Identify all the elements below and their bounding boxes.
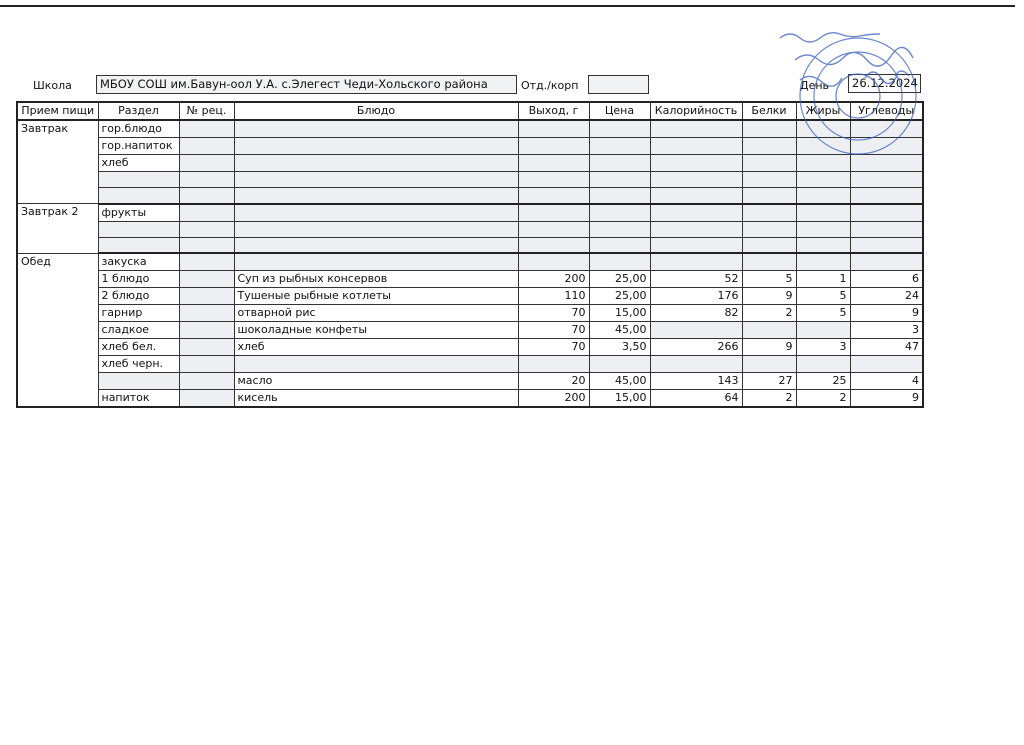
- section-cell[interactable]: [98, 172, 179, 188]
- table-row: [17, 221, 923, 237]
- section-cell[interactable]: [98, 373, 179, 390]
- dept-field[interactable]: [588, 75, 649, 94]
- dish-cell[interactable]: [234, 155, 518, 172]
- fat-cell[interactable]: 25: [796, 373, 850, 390]
- dish-cell[interactable]: [234, 237, 518, 253]
- dish-cell[interactable]: [234, 120, 518, 138]
- price-cell[interactable]: 45,00: [589, 322, 650, 339]
- price-cell[interactable]: [589, 172, 650, 188]
- section-cell[interactable]: [98, 221, 179, 237]
- fat-column-header: Жиры: [796, 102, 850, 120]
- section-cell[interactable]: гор.напиток: [98, 138, 179, 155]
- kcal-cell[interactable]: 143: [650, 373, 742, 390]
- section-cell[interactable]: хлеб бел.: [98, 339, 179, 356]
- kcal-cell[interactable]: [650, 120, 742, 138]
- dish-cell[interactable]: [234, 188, 518, 204]
- recipe-cell[interactable]: [179, 221, 234, 237]
- fat-cell[interactable]: [796, 237, 850, 253]
- price-cell[interactable]: [589, 138, 650, 155]
- yield-cell[interactable]: 20: [518, 373, 589, 390]
- section-cell[interactable]: хлеб: [98, 155, 179, 172]
- yield-cell[interactable]: [518, 356, 589, 373]
- table-row: гарниротварной рис7015,0082259: [17, 305, 923, 322]
- price-column-header: Цена: [589, 102, 650, 120]
- page-top-border: [0, 5, 1015, 7]
- carbs-cell[interactable]: [850, 120, 923, 138]
- dept-label: Отд./корп: [521, 79, 578, 92]
- price-cell[interactable]: [589, 221, 650, 237]
- table-row: хлеб черн.: [17, 356, 923, 373]
- protein-cell[interactable]: 2: [742, 390, 796, 408]
- table-row: Завтракгор.блюдо: [17, 120, 923, 138]
- kcal-cell[interactable]: [650, 322, 742, 339]
- fat-cell[interactable]: [796, 188, 850, 204]
- protein-cell[interactable]: [742, 253, 796, 271]
- dish-cell[interactable]: [234, 356, 518, 373]
- protein-cell[interactable]: 9: [742, 288, 796, 305]
- section-cell[interactable]: фрукты: [98, 204, 179, 222]
- table-row: 1 блюдоСуп из рыбных консервов20025,0052…: [17, 271, 923, 288]
- yield-cell[interactable]: 70: [518, 305, 589, 322]
- table-row: [17, 237, 923, 253]
- section-cell[interactable]: 1 блюдо: [98, 271, 179, 288]
- carbs-cell[interactable]: 6: [850, 271, 923, 288]
- protein-cell[interactable]: [742, 237, 796, 253]
- yield-cell[interactable]: [518, 253, 589, 271]
- dish-cell[interactable]: [234, 172, 518, 188]
- kcal-column-header: Калорийность: [650, 102, 742, 120]
- recipe-cell[interactable]: [179, 390, 234, 408]
- yield-cell[interactable]: 200: [518, 271, 589, 288]
- price-cell[interactable]: 15,00: [589, 390, 650, 408]
- recipe-cell[interactable]: [179, 204, 234, 222]
- fat-cell[interactable]: [796, 221, 850, 237]
- carbs-cell[interactable]: [850, 188, 923, 204]
- section-cell[interactable]: [98, 188, 179, 204]
- dish-cell[interactable]: Суп из рыбных консервов: [234, 271, 518, 288]
- yield-cell[interactable]: [518, 221, 589, 237]
- kcal-cell[interactable]: [650, 221, 742, 237]
- yield-cell[interactable]: 200: [518, 390, 589, 408]
- kcal-cell[interactable]: [650, 155, 742, 172]
- carbs-cell[interactable]: [850, 155, 923, 172]
- dish-cell[interactable]: [234, 221, 518, 237]
- price-cell[interactable]: [589, 155, 650, 172]
- day-label: День: [800, 79, 829, 92]
- table-row: Обедзакуска: [17, 253, 923, 271]
- fat-cell[interactable]: 2: [796, 390, 850, 408]
- carbs-cell[interactable]: 9: [850, 305, 923, 322]
- kcal-cell[interactable]: [650, 237, 742, 253]
- protein-cell[interactable]: [742, 188, 796, 204]
- day-field[interactable]: 26.12.2024: [848, 74, 921, 93]
- recipe-cell[interactable]: [179, 155, 234, 172]
- yield-cell[interactable]: [518, 155, 589, 172]
- kcal-cell[interactable]: [650, 356, 742, 373]
- recipe-cell[interactable]: [179, 172, 234, 188]
- fat-cell[interactable]: [796, 172, 850, 188]
- fat-cell[interactable]: 5: [796, 288, 850, 305]
- carbs-cell[interactable]: [850, 204, 923, 222]
- yield-cell[interactable]: [518, 120, 589, 138]
- section-cell[interactable]: закуска: [98, 253, 179, 271]
- fat-cell[interactable]: [796, 322, 850, 339]
- kcal-cell[interactable]: [650, 172, 742, 188]
- recipe-cell[interactable]: [179, 373, 234, 390]
- price-cell[interactable]: 3,50: [589, 339, 650, 356]
- section-cell[interactable]: гарнир: [98, 305, 179, 322]
- table-row: сладкоешоколадные конфеты7045,003: [17, 322, 923, 339]
- section-cell[interactable]: 2 блюдо: [98, 288, 179, 305]
- price-cell[interactable]: [589, 237, 650, 253]
- recipe-cell[interactable]: [179, 339, 234, 356]
- dish-cell[interactable]: [234, 138, 518, 155]
- price-cell[interactable]: [589, 356, 650, 373]
- section-cell[interactable]: напиток: [98, 390, 179, 408]
- recipe-cell[interactable]: [179, 188, 234, 204]
- fat-cell[interactable]: 1: [796, 271, 850, 288]
- carbs-cell[interactable]: [850, 237, 923, 253]
- yield-cell[interactable]: [518, 138, 589, 155]
- meal-column-header: Прием пищи: [17, 102, 98, 120]
- section-cell[interactable]: сладкое: [98, 322, 179, 339]
- dish-cell[interactable]: отварной рис: [234, 305, 518, 322]
- price-cell[interactable]: [589, 253, 650, 271]
- recipe-cell[interactable]: [179, 253, 234, 271]
- section-cell[interactable]: [98, 237, 179, 253]
- dish-cell[interactable]: кисель: [234, 390, 518, 408]
- protein-cell[interactable]: [742, 172, 796, 188]
- meal-cell[interactable]: Завтрак 2: [17, 204, 98, 254]
- dish-cell[interactable]: [234, 204, 518, 222]
- carbs-cell[interactable]: 3: [850, 322, 923, 339]
- protein-cell[interactable]: 2: [742, 305, 796, 322]
- table-row: [17, 188, 923, 204]
- yield-cell[interactable]: [518, 237, 589, 253]
- protein-cell[interactable]: [742, 120, 796, 138]
- table-row: [17, 172, 923, 188]
- protein-cell[interactable]: [742, 138, 796, 155]
- price-cell[interactable]: 45,00: [589, 373, 650, 390]
- fat-cell[interactable]: [796, 356, 850, 373]
- carbs-cell[interactable]: [850, 253, 923, 271]
- yield-cell[interactable]: [518, 188, 589, 204]
- carbs-cell[interactable]: 4: [850, 373, 923, 390]
- fat-cell[interactable]: [796, 253, 850, 271]
- price-cell[interactable]: [589, 188, 650, 204]
- recipe-cell[interactable]: [179, 288, 234, 305]
- carbs-cell[interactable]: [850, 172, 923, 188]
- recipe-cell[interactable]: [179, 356, 234, 373]
- carbs-cell[interactable]: [850, 356, 923, 373]
- table-row: 2 блюдоТушеные рыбные котлеты11025,00176…: [17, 288, 923, 305]
- menu-table: Прием пищиРаздел№ рец.БлюдоВыход, гЦенаК…: [16, 101, 924, 408]
- carbs-cell[interactable]: 9: [850, 390, 923, 408]
- kcal-cell[interactable]: 64: [650, 390, 742, 408]
- meal-cell[interactable]: Завтрак: [17, 120, 98, 204]
- table-row: Завтрак 2фрукты: [17, 204, 923, 222]
- kcal-cell[interactable]: [650, 204, 742, 222]
- price-cell[interactable]: 15,00: [589, 305, 650, 322]
- protein-cell[interactable]: 27: [742, 373, 796, 390]
- kcal-cell[interactable]: 82: [650, 305, 742, 322]
- section-cell[interactable]: хлеб черн.: [98, 356, 179, 373]
- recipe-cell[interactable]: [179, 322, 234, 339]
- yield-cell[interactable]: 70: [518, 322, 589, 339]
- fat-cell[interactable]: [796, 155, 850, 172]
- carbs-cell[interactable]: 47: [850, 339, 923, 356]
- school-label: Школа: [33, 79, 72, 92]
- yield-column-header: Выход, г: [518, 102, 589, 120]
- kcal-cell[interactable]: [650, 138, 742, 155]
- fat-cell[interactable]: 3: [796, 339, 850, 356]
- price-cell[interactable]: [589, 120, 650, 138]
- dish-cell[interactable]: масло: [234, 373, 518, 390]
- carbs-column-header: Углеводы: [850, 102, 923, 120]
- kcal-cell[interactable]: [650, 188, 742, 204]
- table-header-row: Прием пищиРаздел№ рец.БлюдоВыход, гЦенаК…: [17, 102, 923, 120]
- fat-cell[interactable]: [796, 120, 850, 138]
- dish-cell[interactable]: Тушеные рыбные котлеты: [234, 288, 518, 305]
- price-cell[interactable]: [589, 204, 650, 222]
- protein-cell[interactable]: 9: [742, 339, 796, 356]
- recipe-cell[interactable]: [179, 138, 234, 155]
- kcal-cell[interactable]: 266: [650, 339, 742, 356]
- table-row: хлеб: [17, 155, 923, 172]
- dish-cell[interactable]: хлеб: [234, 339, 518, 356]
- section-cell[interactable]: гор.блюдо: [98, 120, 179, 138]
- recipe-column-header: № рец.: [179, 102, 234, 120]
- yield-cell[interactable]: 70: [518, 339, 589, 356]
- yield-cell[interactable]: [518, 204, 589, 222]
- section-column-header: Раздел: [98, 102, 179, 120]
- fat-cell[interactable]: 5: [796, 305, 850, 322]
- fat-cell[interactable]: [796, 138, 850, 155]
- carbs-cell[interactable]: [850, 221, 923, 237]
- kcal-cell[interactable]: 176: [650, 288, 742, 305]
- meal-cell[interactable]: Обед: [17, 253, 98, 407]
- dish-cell[interactable]: шоколадные конфеты: [234, 322, 518, 339]
- protein-cell[interactable]: [742, 155, 796, 172]
- recipe-cell[interactable]: [179, 120, 234, 138]
- fat-cell[interactable]: [796, 204, 850, 222]
- protein-cell[interactable]: 5: [742, 271, 796, 288]
- dish-cell[interactable]: [234, 253, 518, 271]
- yield-cell[interactable]: [518, 172, 589, 188]
- price-cell[interactable]: 25,00: [589, 288, 650, 305]
- table-row: гор.напиток: [17, 138, 923, 155]
- protein-column-header: Белки: [742, 102, 796, 120]
- dish-column-header: Блюдо: [234, 102, 518, 120]
- price-cell[interactable]: 25,00: [589, 271, 650, 288]
- protein-cell[interactable]: [742, 204, 796, 222]
- recipe-cell[interactable]: [179, 237, 234, 253]
- yield-cell[interactable]: 110: [518, 288, 589, 305]
- protein-cell[interactable]: [742, 221, 796, 237]
- table-row: напитоккисель20015,0064229: [17, 390, 923, 408]
- school-name-field[interactable]: МБОУ СОШ им.Бавун-оол У.А. с.Элегест Чед…: [96, 75, 517, 94]
- kcal-cell[interactable]: [650, 253, 742, 271]
- recipe-cell[interactable]: [179, 271, 234, 288]
- carbs-cell[interactable]: [850, 138, 923, 155]
- kcal-cell[interactable]: 52: [650, 271, 742, 288]
- table-row: масло2045,0014327254: [17, 373, 923, 390]
- protein-cell[interactable]: [742, 356, 796, 373]
- table-row: хлеб бел.хлеб703,502669347: [17, 339, 923, 356]
- carbs-cell[interactable]: 24: [850, 288, 923, 305]
- recipe-cell[interactable]: [179, 305, 234, 322]
- protein-cell[interactable]: [742, 322, 796, 339]
